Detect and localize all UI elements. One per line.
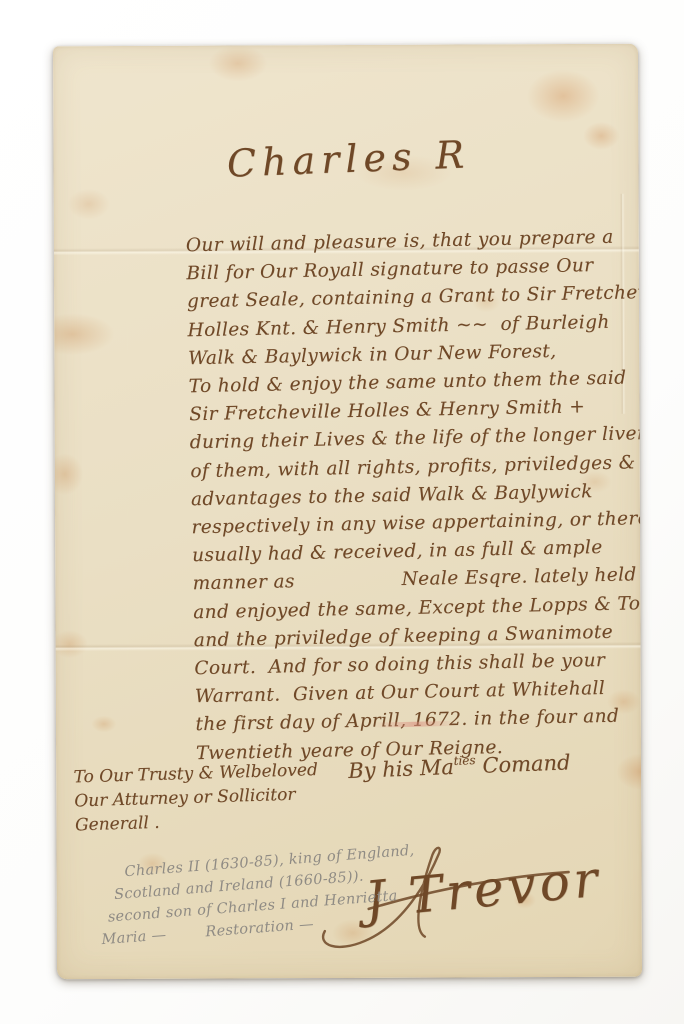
command-suffix: Comand bbox=[475, 750, 571, 778]
royal-signature-heading: Charles R bbox=[153, 129, 544, 188]
address-block: To Our Trusty & Welbeloved Our Atturney … bbox=[73, 758, 325, 838]
photo-background: Charles R Our will and pleasure is, that… bbox=[0, 0, 684, 1024]
letter-body: Our will and pleasure is, that you prepa… bbox=[186, 223, 642, 768]
command-superscript: ties bbox=[453, 753, 475, 768]
command-prefix: By his Ma bbox=[348, 755, 455, 783]
manuscript-paper: Charles R Our will and pleasure is, that… bbox=[53, 44, 642, 980]
